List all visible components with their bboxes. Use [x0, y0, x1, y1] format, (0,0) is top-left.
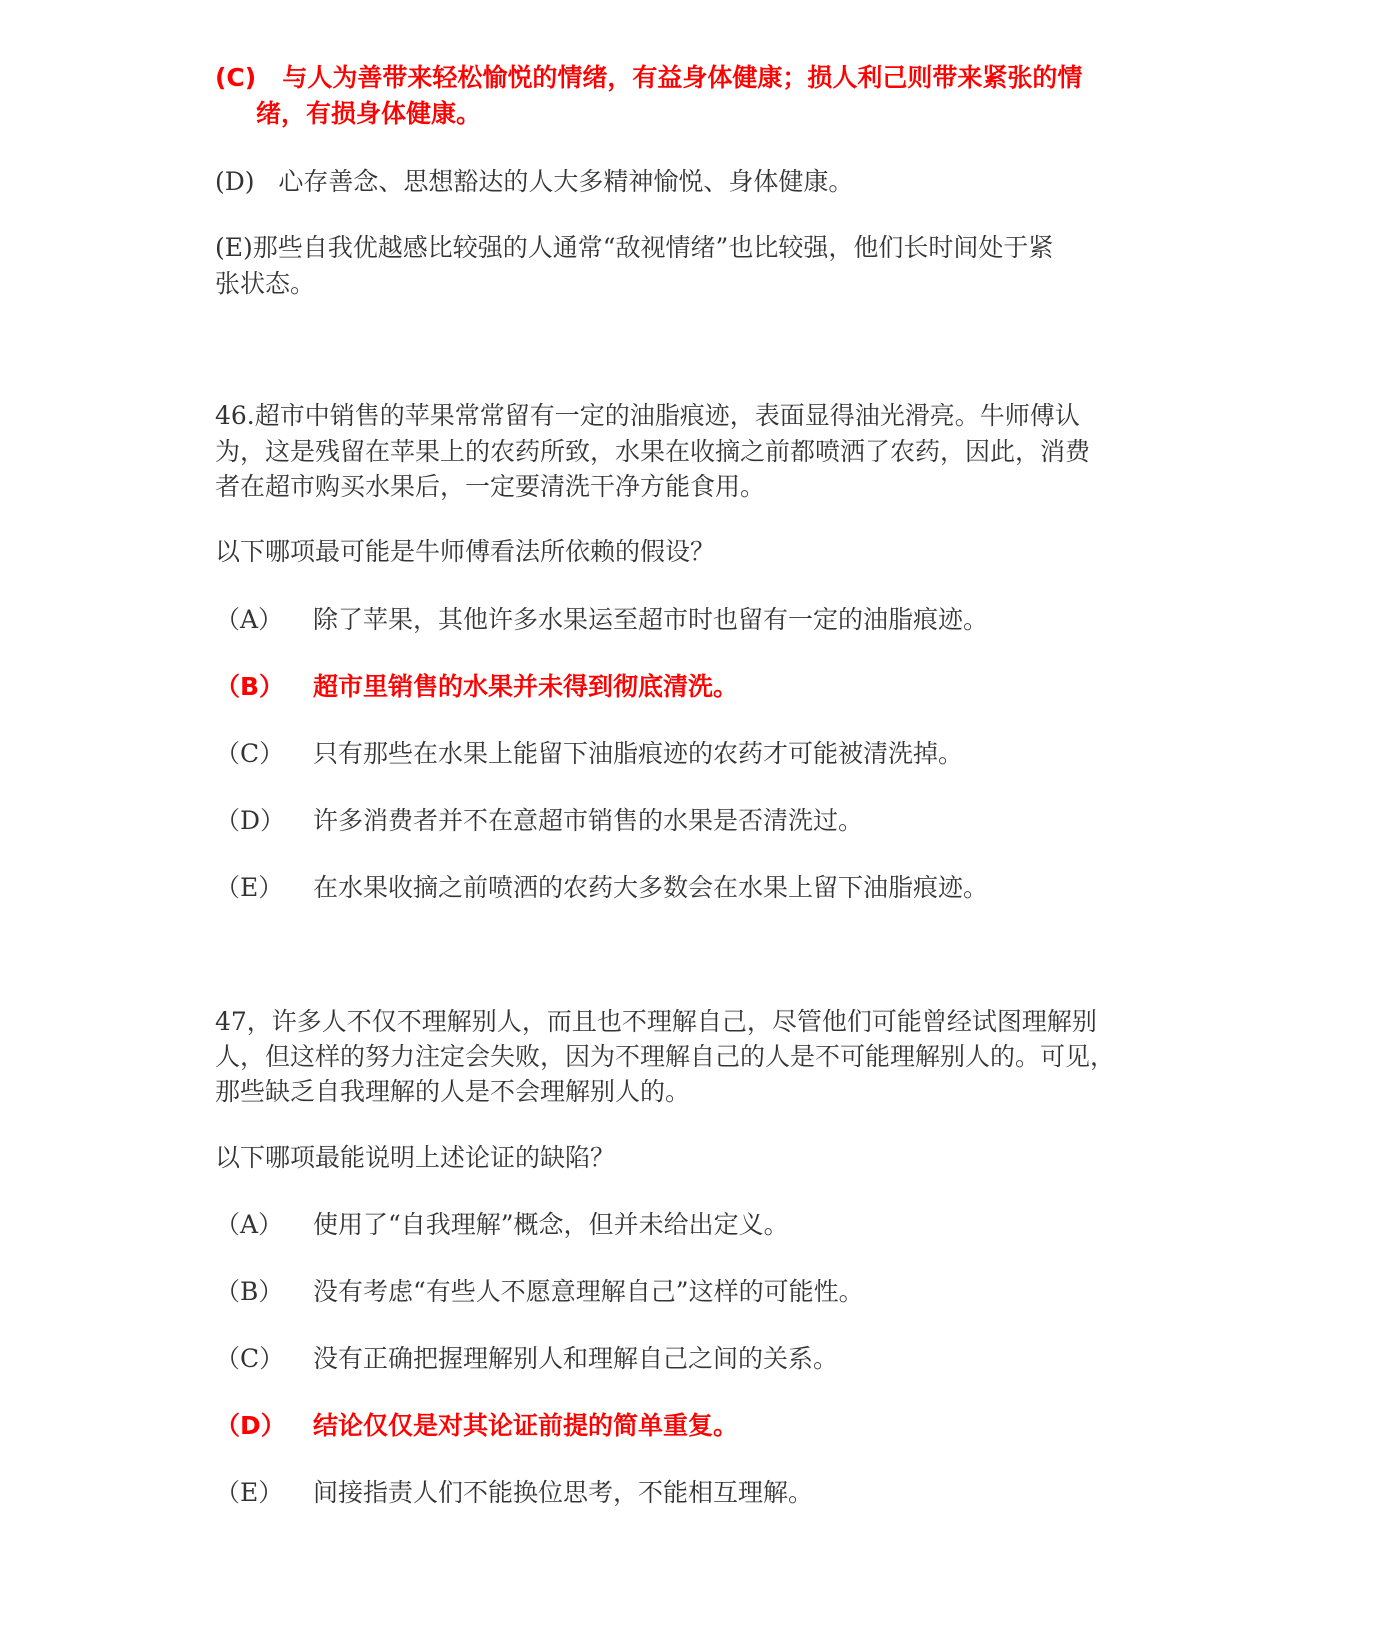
q45-option-d: (D) 心存善念、思想豁达的人大多精神愉悦、身体健康。 — [215, 164, 1175, 200]
q46-stem-line-1: 46.超市中销售的苹果常常留有一定的油脂痕迹，表面显得油光滑亮。牛师傅认 — [215, 398, 1175, 434]
option-text: 那些自我优越感比较强的人通常“敌视情绪”也比较强，他们长时间处于紧 — [253, 233, 1054, 262]
option-label: （C） — [215, 1341, 313, 1377]
q46-option-d: （D）许多消费者并不在意超市销售的水果是否清洗过。 — [215, 803, 1175, 839]
q46-stem-line-3: 者在超市购买水果后，一定要清洗干净方能食用。 — [215, 469, 1175, 505]
option-label: （B） — [215, 1274, 313, 1310]
option-label: （D） — [215, 1408, 313, 1444]
q47-question: 以下哪项最能说明上述论证的缺陷？ — [215, 1140, 1175, 1176]
q45-option-e: (E)那些自我优越感比较强的人通常“敌视情绪”也比较强，他们长时间处于紧 — [215, 230, 1175, 266]
q46-option-c: （C）只有那些在水果上能留下油脂痕迹的农药才可能被清洗掉。 — [215, 736, 1175, 772]
q46-option-e: （E）在水果收摘之前喷洒的农药大多数会在水果上留下油脂痕迹。 — [215, 870, 1175, 906]
q45-option-c-continuation: 绪，有损身体健康。 — [256, 96, 1216, 132]
q47-stem-line-3: 那些缺乏自我理解的人是不会理解别人的。 — [215, 1074, 1175, 1110]
q46-option-b: （B）超市里销售的水果并未得到彻底清洗。 — [215, 669, 1175, 705]
option-text: 只有那些在水果上能留下油脂痕迹的农药才可能被清洗掉。 — [313, 736, 963, 772]
q46-stem-line-2: 为，这是残留在苹果上的农药所致，水果在收摘之前都喷洒了农药，因此，消费 — [215, 434, 1175, 470]
q45-option-c: (C) 与人为善带来轻松愉悦的情绪，有益身体健康；损人利己则带来紧张的情 — [215, 60, 1175, 96]
option-text: 许多消费者并不在意超市销售的水果是否清洗过。 — [313, 803, 863, 839]
option-label: （D） — [215, 803, 313, 839]
option-label: （A） — [215, 602, 313, 638]
option-text: 超市里销售的水果并未得到彻底清洗。 — [313, 669, 738, 705]
q45-option-e-continuation: 张状态。 — [215, 266, 1175, 302]
option-label: （E） — [215, 870, 313, 906]
option-text: 除了苹果，其他许多水果运至超市时也留有一定的油脂痕迹。 — [313, 602, 988, 638]
option-label: (E) — [215, 233, 253, 262]
option-label: （C） — [215, 736, 313, 772]
q47-option-c: （C）没有正确把握理解别人和理解自己之间的关系。 — [215, 1341, 1175, 1377]
q47-option-b: （B）没有考虑“有些人不愿意理解自己”这样的可能性。 — [215, 1274, 1175, 1310]
option-label: （E） — [215, 1475, 313, 1511]
option-label: (D) — [215, 167, 255, 196]
option-text: 与人为善带来轻松愉悦的情绪，有益身体健康；损人利己则带来紧张的情 — [282, 63, 1082, 92]
q47-option-e: （E）间接指责人们不能换位思考，不能相互理解。 — [215, 1475, 1175, 1511]
option-text: 没有正确把握理解别人和理解自己之间的关系。 — [313, 1341, 838, 1377]
option-text: 间接指责人们不能换位思考，不能相互理解。 — [313, 1475, 813, 1511]
q47-stem-line-1: 47，许多人不仅不理解别人，而且也不理解自己，尽管他们可能曾经试图理解别 — [215, 1004, 1175, 1040]
option-text: 使用了“自我理解”概念，但并未给出定义。 — [313, 1207, 789, 1243]
q47-option-d: （D）结论仅仅是对其论证前提的简单重复。 — [215, 1408, 1175, 1444]
option-label: (C) — [215, 63, 256, 92]
option-text: 在水果收摘之前喷洒的农药大多数会在水果上留下油脂痕迹。 — [313, 870, 988, 906]
option-text: 结论仅仅是对其论证前提的简单重复。 — [313, 1408, 738, 1444]
option-text: 心存善念、思想豁达的人大多精神愉悦、身体健康。 — [278, 167, 853, 196]
q47-option-a: （A）使用了“自我理解”概念，但并未给出定义。 — [215, 1207, 1175, 1243]
option-label: （A） — [215, 1207, 313, 1243]
q47-stem-line-2: 人，但这样的努力注定会失败，因为不理解自己的人是不可能理解别人的。可见， — [215, 1039, 1175, 1075]
q46-question: 以下哪项最可能是牛师傅看法所依赖的假设？ — [215, 534, 1175, 570]
q46-option-a: （A）除了苹果，其他许多水果运至超市时也留有一定的油脂痕迹。 — [215, 602, 1175, 638]
option-label: （B） — [215, 669, 313, 705]
option-text: 没有考虑“有些人不愿意理解自己”这样的可能性。 — [313, 1274, 864, 1310]
